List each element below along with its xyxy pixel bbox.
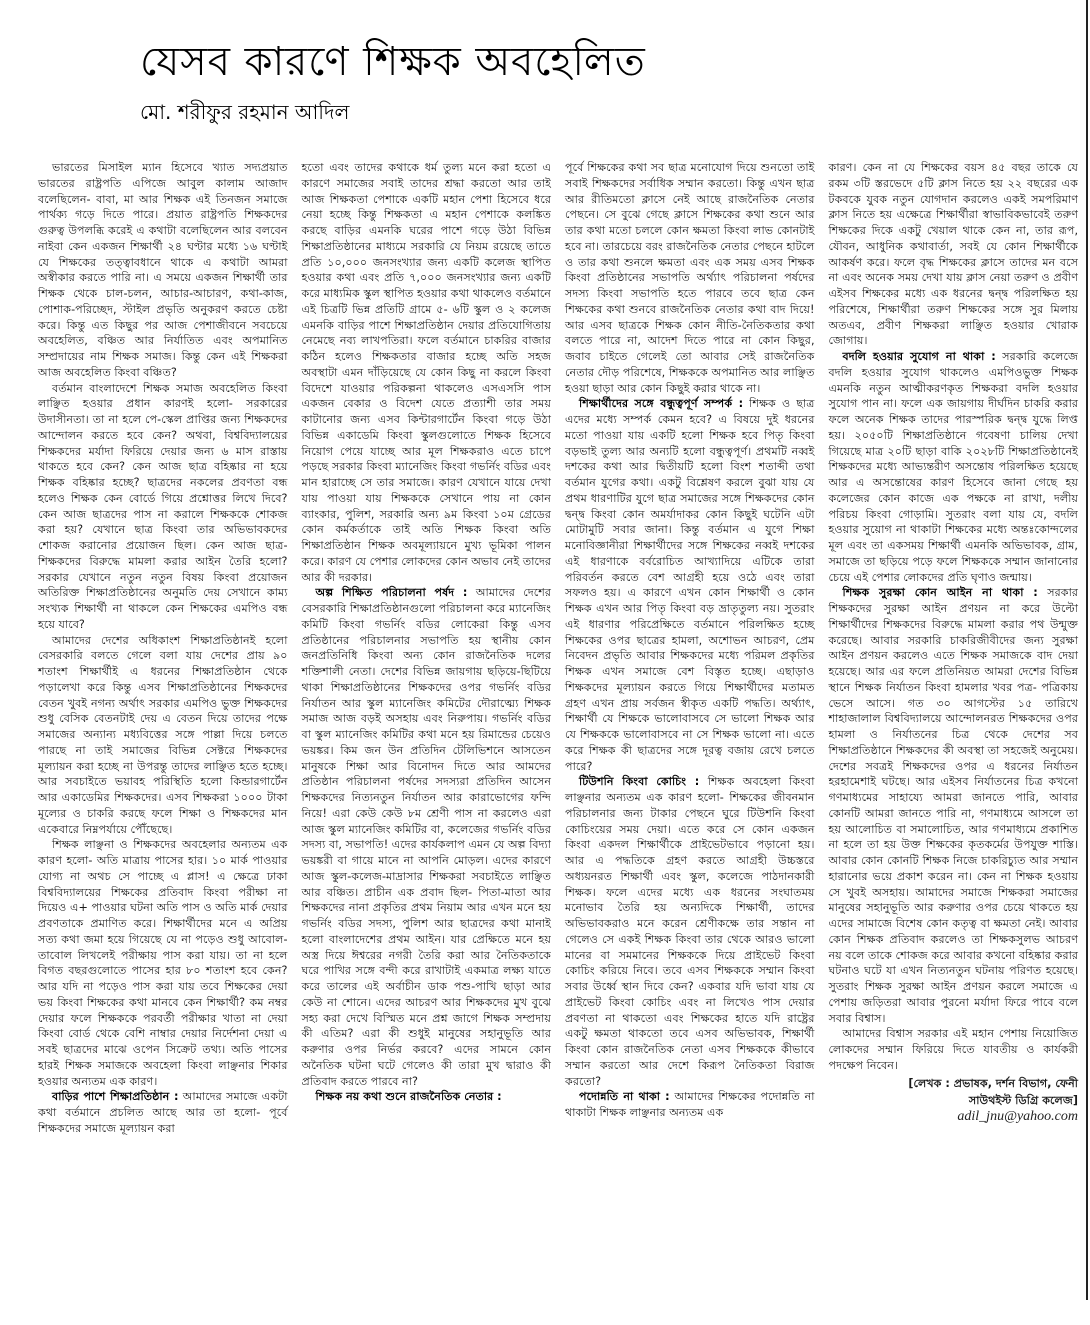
section-subheading: পদোন্নতি না থাকা :	[579, 1090, 670, 1103]
column-1: ভারতের মিসাইল ম্যান হিসেবে খ্যাত সদ্যপ্র…	[38, 160, 288, 1290]
paragraph: শিক্ষক লাঞ্ছনা ও শিক্ষকদের অবহেলার অন্যত…	[38, 837, 288, 1089]
paragraph-text: বর্তমান বাংলাদেশে শিক্ষক সমাজ অবহেলিত কি…	[38, 382, 288, 631]
paragraph: বদলি হওয়ার সুযোগ না থাকা : সরকারি কলেজে…	[829, 349, 1079, 585]
section-subheading: বদলি হওয়ার সুযোগ না থাকা :	[843, 350, 996, 363]
paragraph: পূর্বে শিক্ষকের কথা সব ছাত্র মনোযোগ দিয়…	[565, 160, 815, 396]
byline: মো. শরীফুর রহমান আদিল	[140, 98, 349, 131]
right-border-rule	[1086, 0, 1088, 1300]
paragraph: শিক্ষার্থীদের সঙ্গে বন্ধুত্বপূর্ণ সম্পর্…	[565, 396, 815, 774]
paragraph-text: কারণ। কেন না যে শিক্ষকের বয়স ৪৫ বছর তাক…	[829, 161, 1079, 347]
article-body: ভারতের মিসাইল ম্যান হিসেবে খ্যাত সদ্যপ্র…	[38, 160, 1078, 1290]
paragraph-text: সরকার শিক্ষকদের সুরক্ষা আইন প্রণয়ন না ক…	[829, 586, 1079, 1024]
paragraph-text: সরকারি কলেজে বদলি হওয়ার সুযোগ থাকলেও এম…	[829, 350, 1079, 584]
paragraph: হতো এবং তাদের কথাকে ধর্ম তুল্য মনে করা হ…	[302, 160, 552, 585]
paragraph-text: পূর্বে শিক্ষকের কথা সব ছাত্র মনোযোগ দিয়…	[565, 161, 815, 395]
column-2: হতো এবং তাদের কথাকে ধর্ম তুল্য মনে করা হ…	[302, 160, 552, 1290]
paragraph-text: শিক্ষক লাঞ্ছনা ও শিক্ষকদের অবহেলার অন্যত…	[38, 838, 288, 1087]
author-signature: [লেখক : প্রভাষক, দর্শন বিভাগ, ফেনী	[829, 1076, 1079, 1092]
paragraph: কারণ। কেন না যে শিক্ষকের বয়স ৪৫ বছর তাক…	[829, 160, 1079, 349]
section-subheading: বাড়ির পাশে শিক্ষাপ্রতিষ্ঠান :	[52, 1090, 178, 1103]
paragraph-text: হতো এবং তাদের কথাকে ধর্ম তুল্য মনে করা হ…	[302, 161, 552, 584]
section-subheading: শিক্ষক সুরক্ষা কোন আইন না থাকা :	[843, 586, 1038, 599]
paragraph: অল্প শিক্ষিত পরিচালনা পর্ষদ : আমাদের দেশ…	[302, 585, 552, 1089]
paragraph: আমাদের দেশের অধিকাংশ শিক্ষাপ্রতিষ্ঠানই হ…	[38, 633, 288, 838]
paragraph: টিউশনি কিংবা কোচিং : শিক্ষক অবহেলা কিংবা…	[565, 774, 815, 1089]
paragraph: শিক্ষক নয় কথা শুনে রাজনৈতিক নেতার :	[302, 1089, 552, 1105]
column-3: পূর্বে শিক্ষকের কথা সব ছাত্র মনোযোগ দিয়…	[565, 160, 815, 1290]
paragraph-text: শিক্ষক অবহেলা কিংবা লাঞ্ছনার অন্যতম এক ক…	[565, 775, 815, 1087]
paragraph-text: আমাদের দেশের বেসরকারি শিক্ষাপ্রতিষ্ঠানগু…	[302, 586, 552, 1087]
column-4: কারণ। কেন না যে শিক্ষকের বয়স ৪৫ বছর তাক…	[829, 160, 1079, 1290]
paragraph-text: শিক্ষক ও ছাত্র এদের মধ্যে সম্পর্ক কেমন হ…	[565, 397, 815, 772]
paragraph: আমাদের বিশ্বাস সরকার এই মহান পেশায় নিয়…	[829, 1026, 1079, 1073]
author-signature: সাউথইস্ট ডিগ্রি কলেজ]	[829, 1093, 1079, 1109]
paragraph: শিক্ষক সুরক্ষা কোন আইন না থাকা : সরকার শ…	[829, 585, 1079, 1026]
paragraph: বর্তমান বাংলাদেশে শিক্ষক সমাজ অবহেলিত কি…	[38, 381, 288, 633]
section-subheading: টিউশনি কিংবা কোচিং :	[579, 775, 699, 788]
paragraph-text: ভারতের মিসাইল ম্যান হিসেবে খ্যাত সদ্যপ্র…	[38, 161, 288, 379]
paragraph-text: আমাদের দেশের অধিকাংশ শিক্ষাপ্রতিষ্ঠানই হ…	[38, 634, 288, 836]
paragraph-text: আমাদের বিশ্বাস সরকার এই মহান পেশায় নিয়…	[829, 1027, 1079, 1072]
headline: যেসব কারণে শিক্ষক অবহেলিত	[140, 30, 646, 97]
author-email: adil_jnu@yahoo.com	[829, 1109, 1079, 1125]
paragraph: পদোন্নতি না থাকা : আমাদের শিক্ষকের পদোন্…	[565, 1089, 815, 1121]
section-subheading: অল্প শিক্ষিত পরিচালনা পর্ষদ :	[316, 586, 468, 599]
section-subheading: শিক্ষার্থীদের সঙ্গে বন্ধুত্বপূর্ণ সম্পর্…	[579, 397, 743, 410]
section-subheading: শিক্ষক নয় কথা শুনে রাজনৈতিক নেতার :	[316, 1090, 502, 1103]
paragraph: বাড়ির পাশে শিক্ষাপ্রতিষ্ঠান : আমাদের সম…	[38, 1089, 288, 1136]
paragraph: ভারতের মিসাইল ম্যান হিসেবে খ্যাত সদ্যপ্র…	[38, 160, 288, 381]
